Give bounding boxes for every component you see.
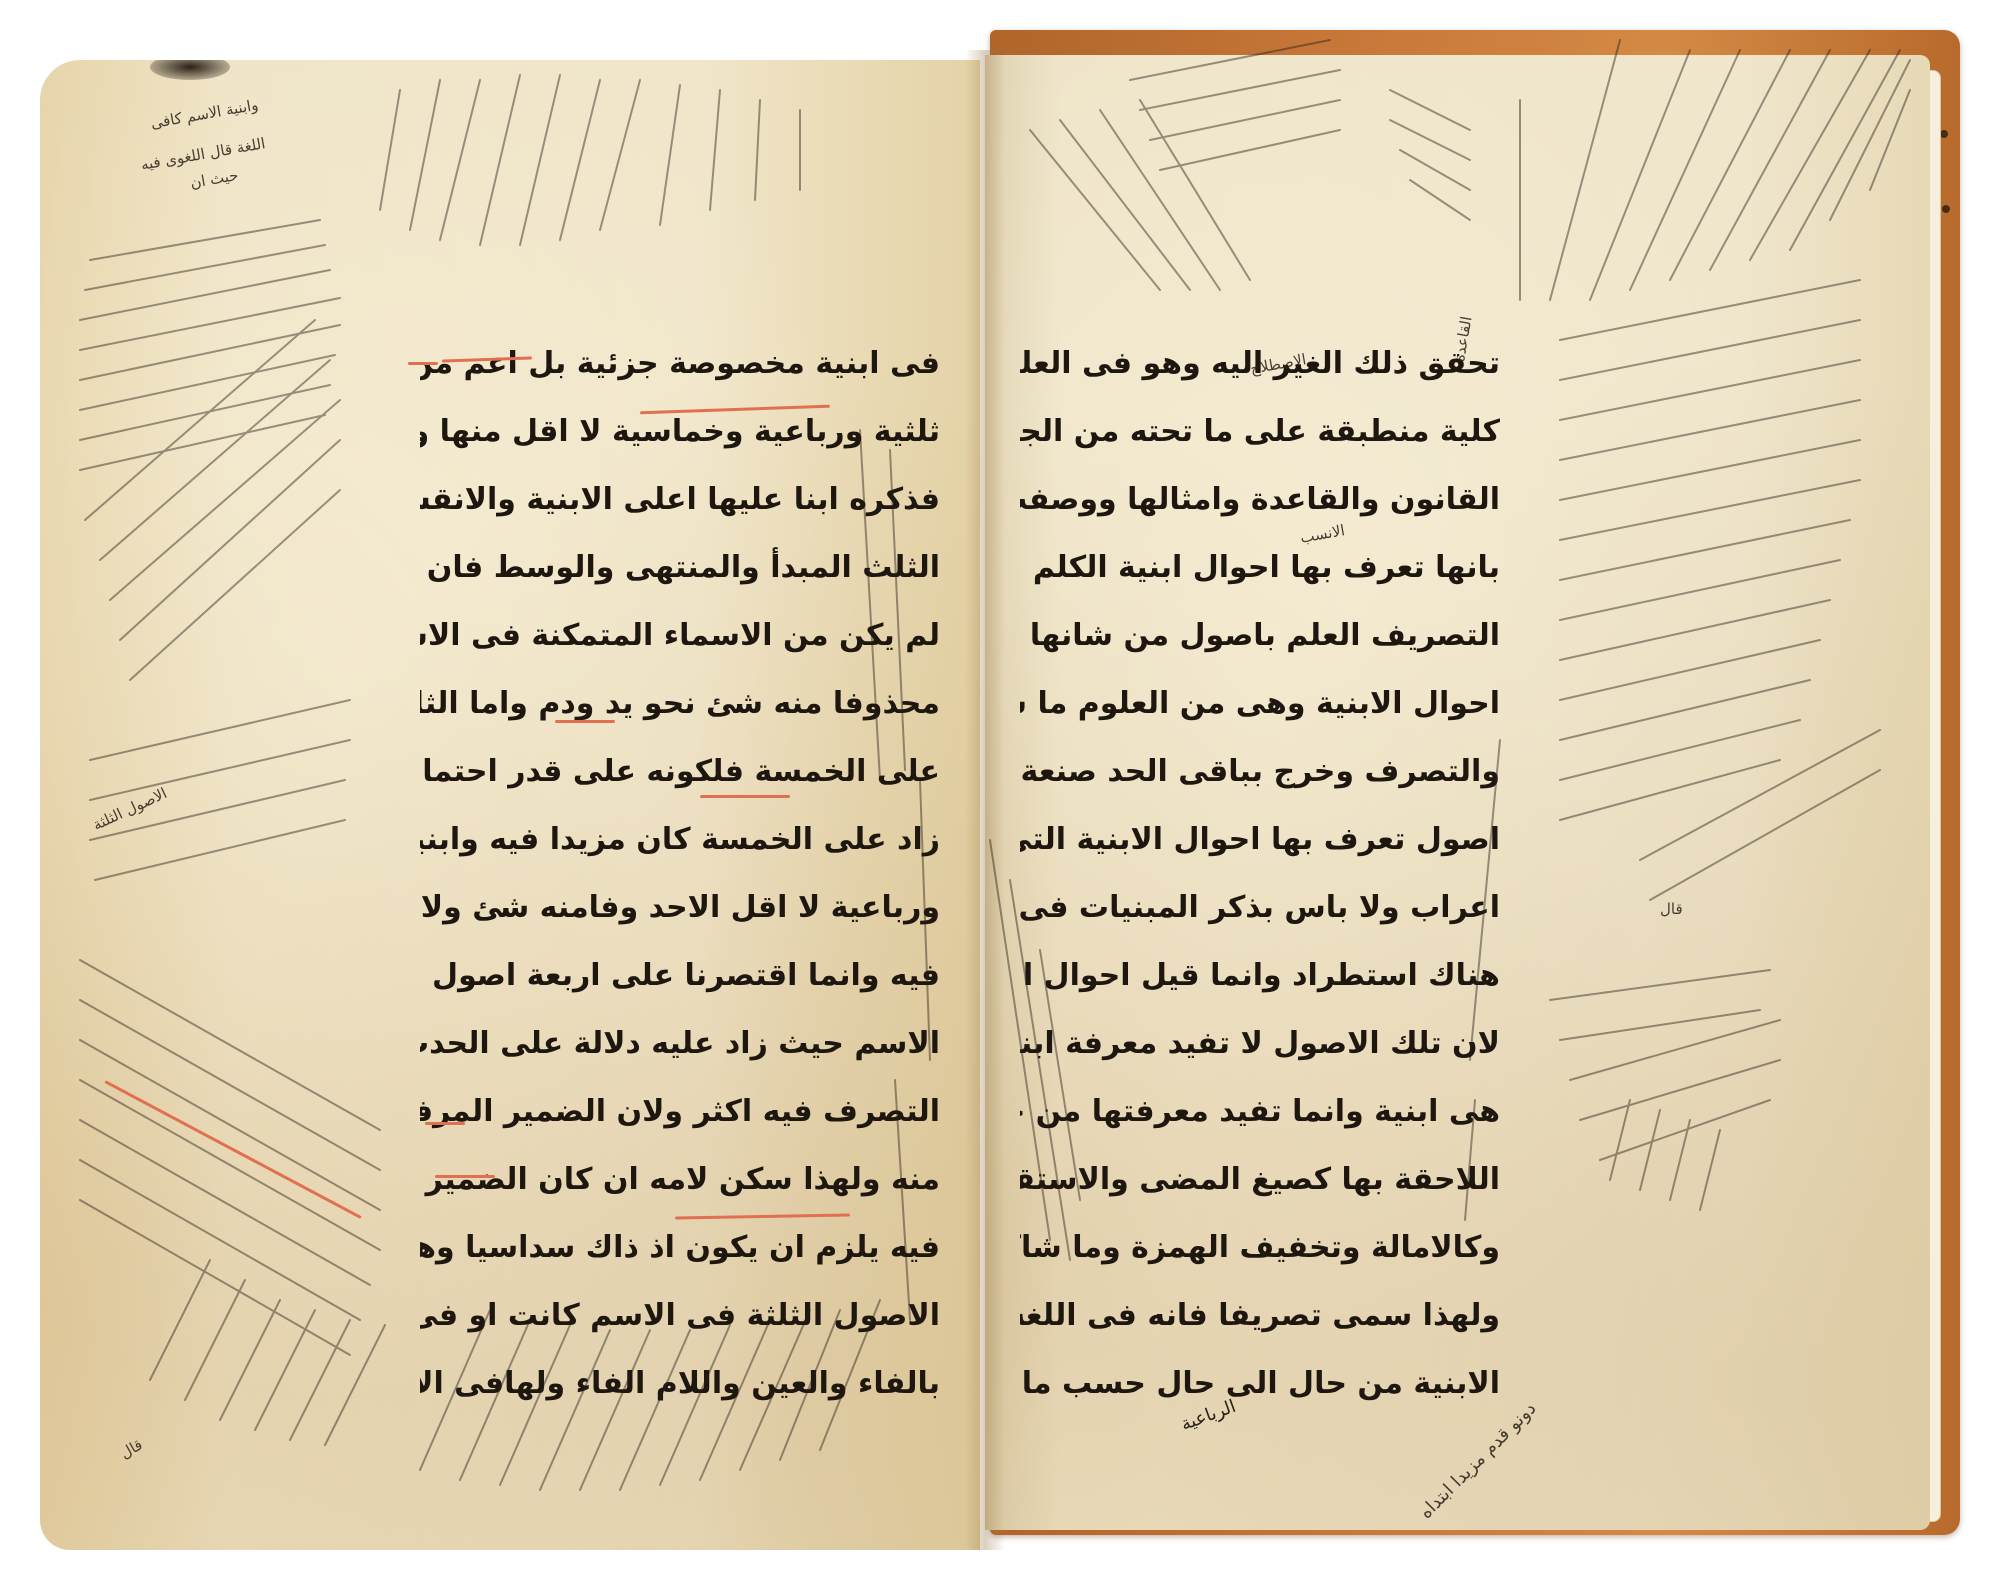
text-line: كلية منطبقة على ما تحته من الجزئيات ويرا… (1020, 398, 1500, 466)
text-line: التصرف فيه اكثر ولان الضمير المرفوع المت… (420, 1078, 940, 1146)
text-line: ثلثية ورباعية وخماسية لا اقل منها ولا از… (420, 398, 940, 466)
left-main-text: فى ابنية مخصوصة جزئية بل اعم من ذلك وابن… (420, 330, 940, 1418)
marginal-gloss: قال (1660, 900, 1683, 918)
text-line: بانها تعرف بها احوال ابنية الكلم ليخرج ع… (1020, 534, 1500, 602)
text-line: على الخمسة فلكونه على قدر احتمال نقصا به… (420, 738, 940, 806)
text-line: الثلث المبدأ والمنتهى والوسط فان كان اقل… (420, 534, 940, 602)
text-line: فيه يلزم ان يكون اذ ذاك سداسيا وهو مرفوض… (420, 1214, 940, 1282)
text-line: فى ابنية مخصوصة جزئية بل اعم من ذلك وابن… (420, 330, 940, 398)
rubric-overline (700, 795, 790, 798)
text-line: والتصرف وخرج بباقى الحد صنعة الاعراب لان… (1020, 738, 1500, 806)
text-line: احوال الابنية وهى من العلوم ما سوى صنعتى… (1020, 670, 1500, 738)
manuscript-photo: فى ابنية مخصوصة جزئية بل اعم من ذلك وابن… (0, 0, 2000, 1593)
text-line: لان تلك الاصول لا تفيد معرفة ابنية الكلم… (1020, 1010, 1500, 1078)
text-line: وكالامالة وتخفيف الهمزة وما شاكلهما مما … (1020, 1214, 1500, 1282)
text-line: محذوفا منه شئ نحو يد ودم واما الثانى وهو… (420, 670, 940, 738)
text-line: اعراب ولا باس بذكر المبنيات فى النحو فان… (1020, 874, 1500, 942)
text-line: هناك استطراد وانما قيل احوال الابنية ولم… (1020, 942, 1500, 1010)
text-line: الاسم حيث زاد عليه دلالة على الحدث والزم… (420, 1010, 940, 1078)
text-line: هى ابنية وانما تفيد معرفتها من حيث هيأته… (1020, 1078, 1500, 1146)
text-line: منه ولهذا سكن لامه ان كان الضمير محركا ف… (420, 1146, 940, 1214)
text-line: فيه وانما اقتصرنا على اربعة اصول لان الف… (420, 942, 940, 1010)
rubric-overline (408, 362, 438, 365)
text-line: الابنية من حال الى حال حسب ما يوجبه الغر… (1020, 1350, 1500, 1418)
text-line: بالفاء والعين واللام الفاء ولهافى الابتد… (420, 1350, 940, 1418)
rubric-overline (425, 1122, 465, 1125)
text-line: ولهذا سمى تصريفا فانه فى اللغة التغيير و… (1020, 1282, 1500, 1350)
rubric-overline (555, 720, 615, 723)
right-main-text: تحقق ذلك الغير اليه وهو فى العلوم عبارة … (1020, 330, 1500, 1418)
text-line: اللاحقة بها كصيغ المضى والاستقبال والامر… (1020, 1146, 1500, 1214)
ink-stain (150, 60, 230, 80)
rubric-overline (435, 1175, 495, 1178)
text-line: فذكره ابنا عليها اعلى الابنية والانقسامه… (420, 466, 940, 534)
text-line: التصريف العلم باصول من شانها ان يعرف بها… (1020, 602, 1500, 670)
text-line: اصول تعرف بها احوال الابنية التى هى اعنى… (1020, 806, 1500, 874)
cover-nail-dot (1940, 130, 1948, 138)
text-line: لم يكن من الاسماء المتمكنة فى الاسمية نح… (420, 602, 940, 670)
cover-nail-dot (1942, 205, 1950, 213)
text-line: ورباعية لا اقل الاحد وفامنه شئ ولا ازيد … (420, 874, 940, 942)
text-line: القانون والقاعدة وامثالها ووصفت الاصول (1020, 466, 1500, 534)
text-line: الاصول الثلثة فى الاسم كانت او فى الفعل … (420, 1282, 940, 1350)
text-line: زاد على الخمسة كان مزيدا فيه وابنية الفع… (420, 806, 940, 874)
gutter-shadow (965, 50, 1005, 1550)
